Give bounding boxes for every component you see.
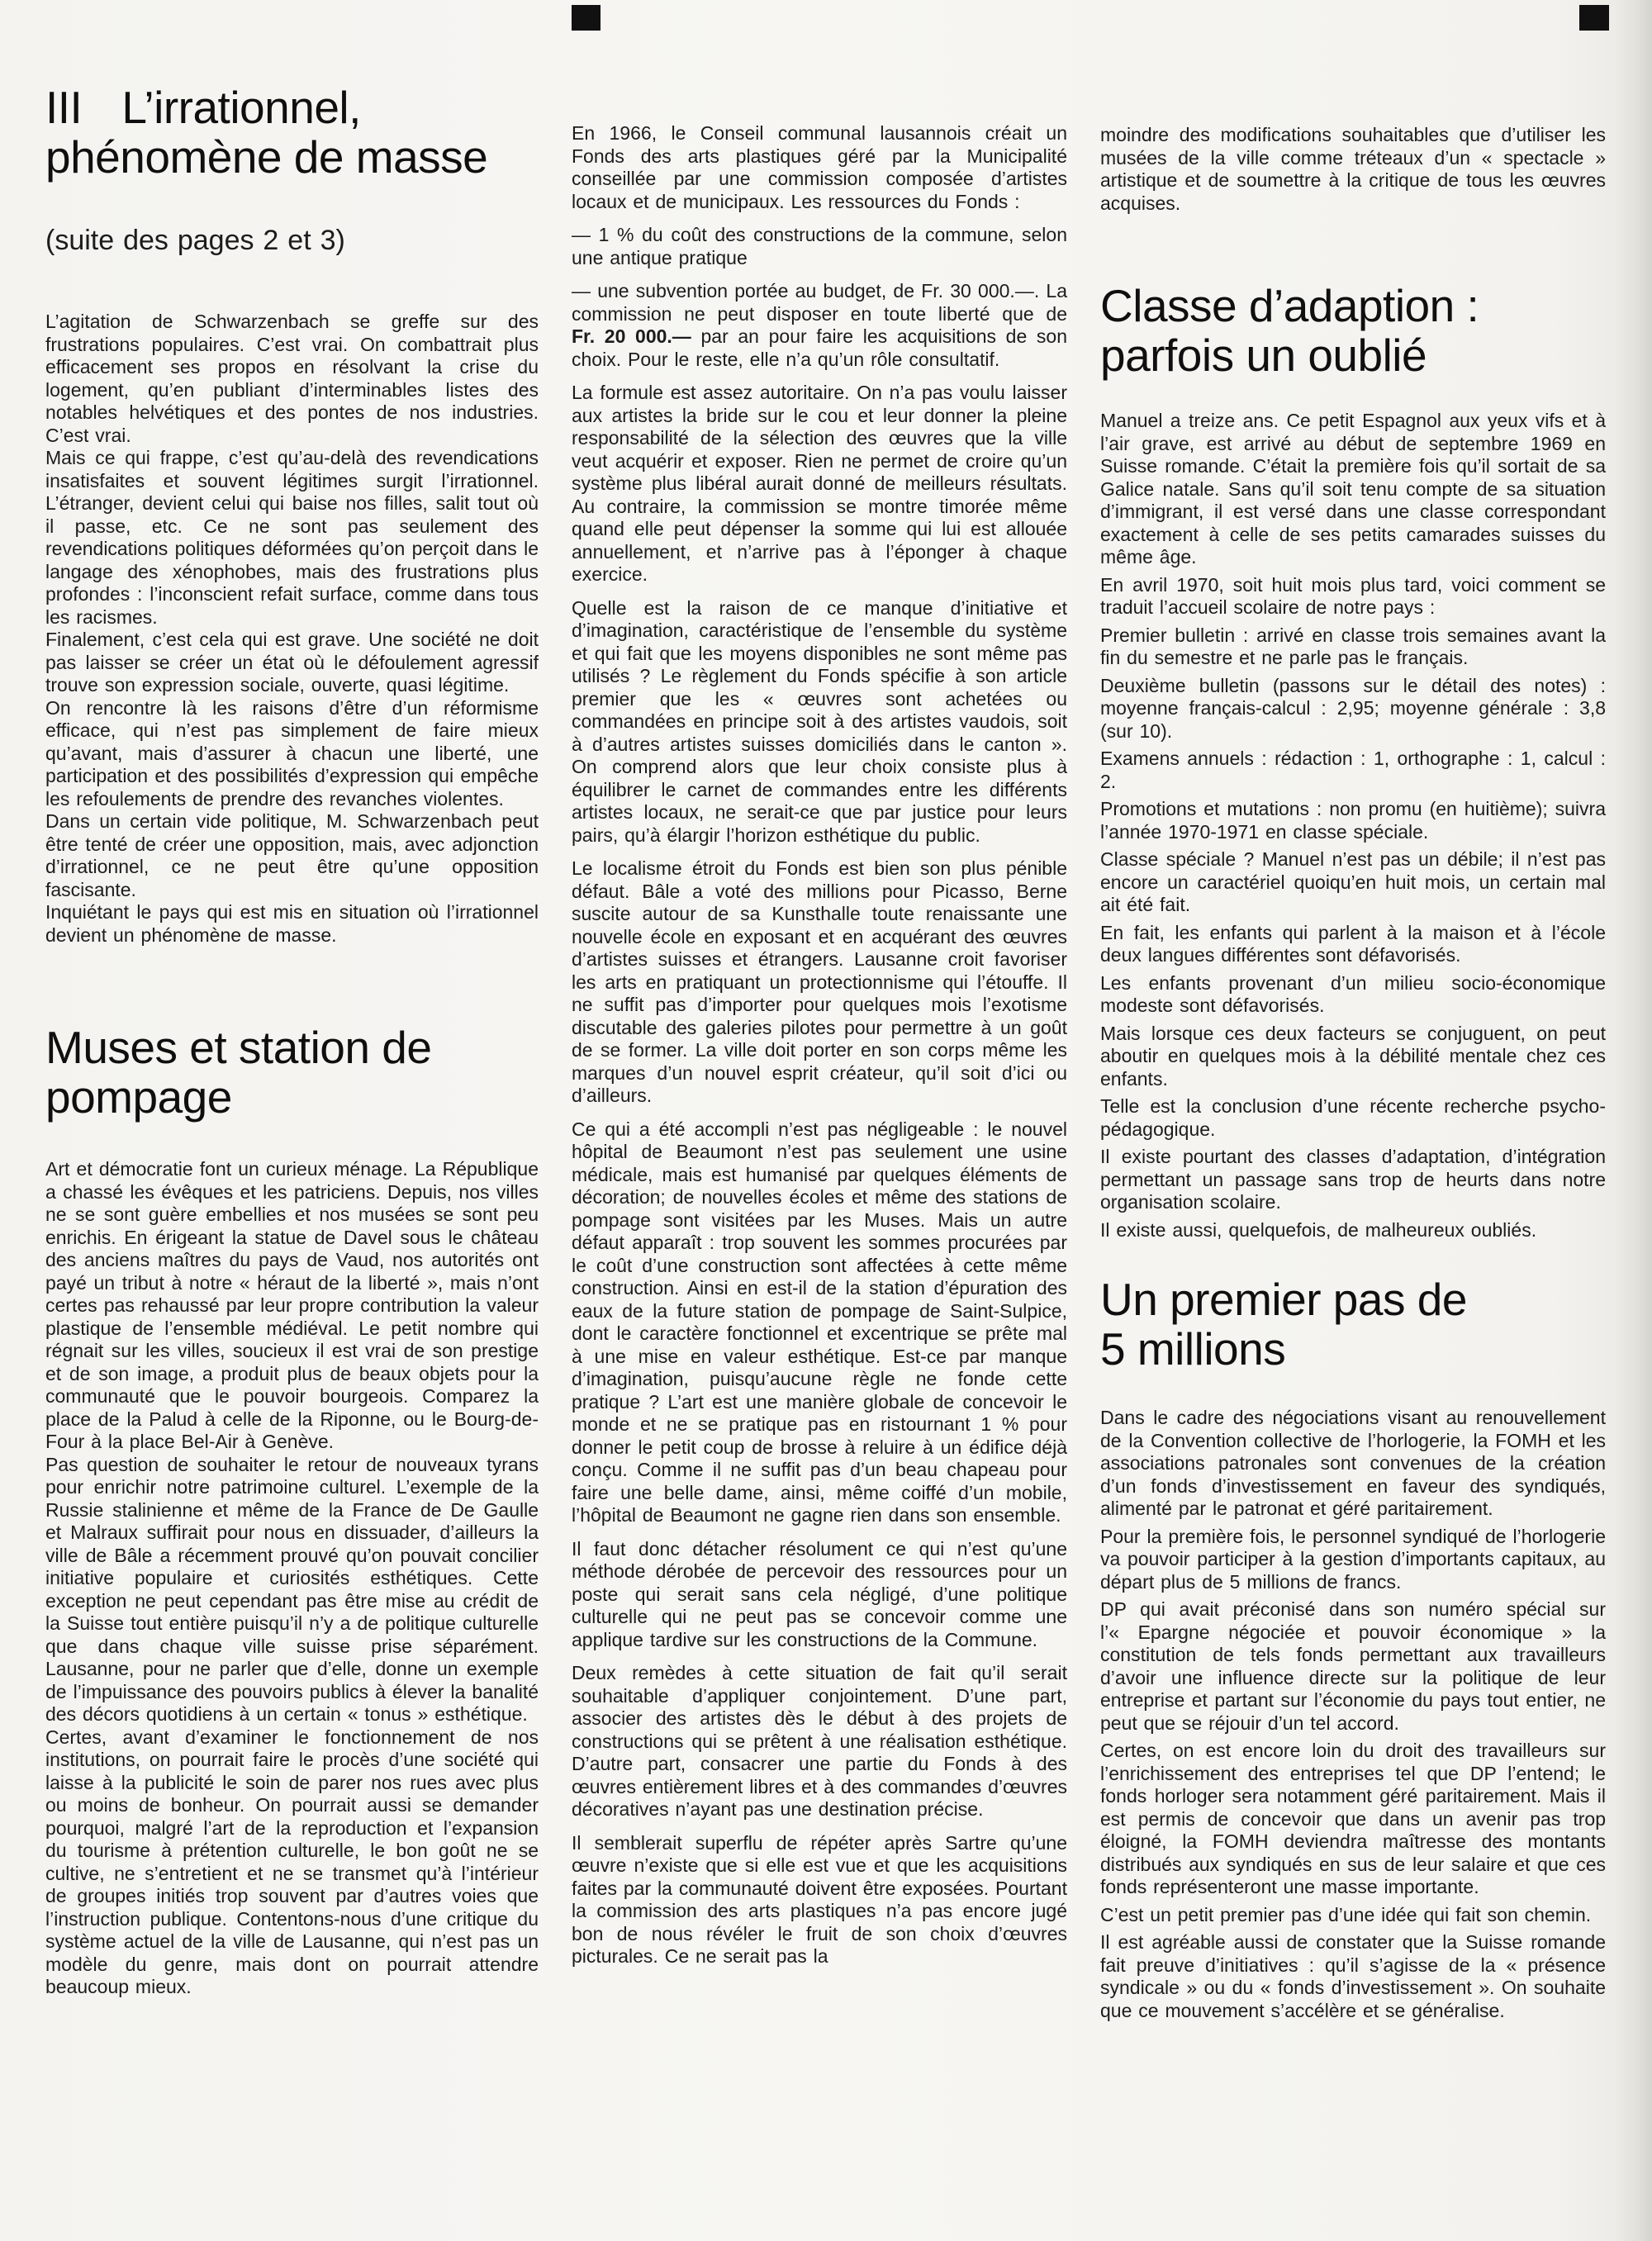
registration-mark-icon: [572, 5, 601, 31]
paragraph: Quelle est la raison de ce manque d’init…: [572, 597, 1067, 847]
list-item: — 1 % du coût des constructions de la co…: [572, 224, 1067, 269]
article-title-text: L’irrationnel, phénomène de masse: [45, 82, 487, 183]
list-item: — une subvention portée au budget, de Fr…: [572, 280, 1067, 371]
paragraph: Mais ce qui frappe, c’est qu’au-delà des…: [45, 447, 539, 629]
column-right: moindre des modifications souhaitables q…: [1100, 0, 1606, 2027]
article-title-classe-adaption: Classe d’adaption : parfois un oublié: [1100, 281, 1606, 380]
newspaper-page: IIIL’irrationnel, phénomène de masse (su…: [0, 0, 1652, 2241]
paragraph: Inquiétant le pays qui est mis en situat…: [45, 901, 539, 947]
column-layout: IIIL’irrationnel, phénomène de masse (su…: [0, 0, 1652, 2027]
paragraph: En avril 1970, soit huit mois plus tard,…: [1100, 574, 1606, 620]
column-left: IIIL’irrationnel, phénomène de masse (su…: [45, 0, 539, 1999]
paragraph: En 1966, le Conseil communal lausannois …: [572, 122, 1067, 213]
paragraph: Il faut donc détacher résolument ce qui …: [572, 1538, 1067, 1652]
paragraph-continuation: moindre des modifications souhaitables q…: [1100, 124, 1606, 215]
article-title-premier-pas: Un premier pas de 5 millions: [1100, 1275, 1606, 1374]
paragraph: Certes, on est encore loin du droit des …: [1100, 1740, 1606, 1899]
paragraph: Pas question de souhaiter le retour de n…: [45, 1454, 539, 1726]
paragraph: Art et démocratie font un curieux ménage…: [45, 1158, 539, 1454]
text-segment: — une subvention portée au budget, de Fr…: [572, 280, 1067, 325]
paragraph: Le localisme étroit du Fonds est bien so…: [572, 857, 1067, 1108]
paragraph: Manuel a treize ans. Ce petit Espagnol a…: [1100, 410, 1606, 569]
paragraph: On rencontre là les raisons d’être d’un …: [45, 697, 539, 811]
paragraph: Il semblerait superflu de répéter après …: [572, 1832, 1067, 1968]
paragraph: Certes, avant d’examiner le fonctionneme…: [45, 1726, 539, 1999]
paragraph: Deuxième bulletin (passons sur le détail…: [1100, 675, 1606, 743]
paragraph: La formule est assez autoritaire. On n’a…: [572, 382, 1067, 586]
paragraph: Les enfants provenant d’un milieu socio-…: [1100, 972, 1606, 1018]
paragraph: DP qui avait préconisé dans son numéro s…: [1100, 1598, 1606, 1735]
article-title-irrationnel: IIIL’irrationnel, phénomène de masse: [45, 83, 539, 182]
paragraph: Examens annuels : rédaction : 1, orthogr…: [1100, 748, 1606, 793]
paragraph: Telle est la conclusion d’une récente re…: [1100, 1095, 1606, 1141]
paragraph: Finalement, c’est cela qui est grave. Un…: [45, 629, 539, 697]
paragraph: Mais lorsque ces deux facteurs se conjug…: [1100, 1023, 1606, 1091]
column-middle: En 1966, le Conseil communal lausannois …: [572, 0, 1067, 1979]
paragraph: Dans un certain vide politique, M. Schwa…: [45, 810, 539, 901]
paragraph: Promotions et mutations : non promu (en …: [1100, 798, 1606, 843]
registration-mark-icon: [1579, 5, 1609, 31]
article-subtitle: (suite des pages 2 et 3): [45, 223, 539, 258]
paragraph: Classe spéciale ? Manuel n’est pas un dé…: [1100, 848, 1606, 917]
paragraph: L’agitation de Schwarzenbach se greffe s…: [45, 311, 539, 447]
article-title-muses: Muses et station de pompage: [45, 1023, 539, 1122]
paragraph: Pour la première fois, le personnel synd…: [1100, 1526, 1606, 1594]
paragraph: En fait, les enfants qui parlent à la ma…: [1100, 922, 1606, 967]
article-number: III: [45, 83, 82, 132]
paragraph: Il existe aussi, quelquefois, de malheur…: [1100, 1219, 1606, 1242]
paragraph: Il existe pourtant des classes d’adaptat…: [1100, 1146, 1606, 1214]
paragraph: Dans le cadre des négociations visant au…: [1100, 1407, 1606, 1521]
amount-bold: Fr. 20 000.—: [572, 325, 691, 347]
paragraph: Premier bulletin : arrivé en classe troi…: [1100, 624, 1606, 670]
paragraph: Il est agréable aussi de constater que l…: [1100, 1931, 1606, 2022]
paragraph: Ce qui a été accompli n’est pas négligea…: [572, 1118, 1067, 1527]
paragraph: Deux remèdes à cette situation de fait q…: [572, 1662, 1067, 1821]
paragraph: C’est un petit premier pas d’une idée qu…: [1100, 1904, 1606, 1927]
